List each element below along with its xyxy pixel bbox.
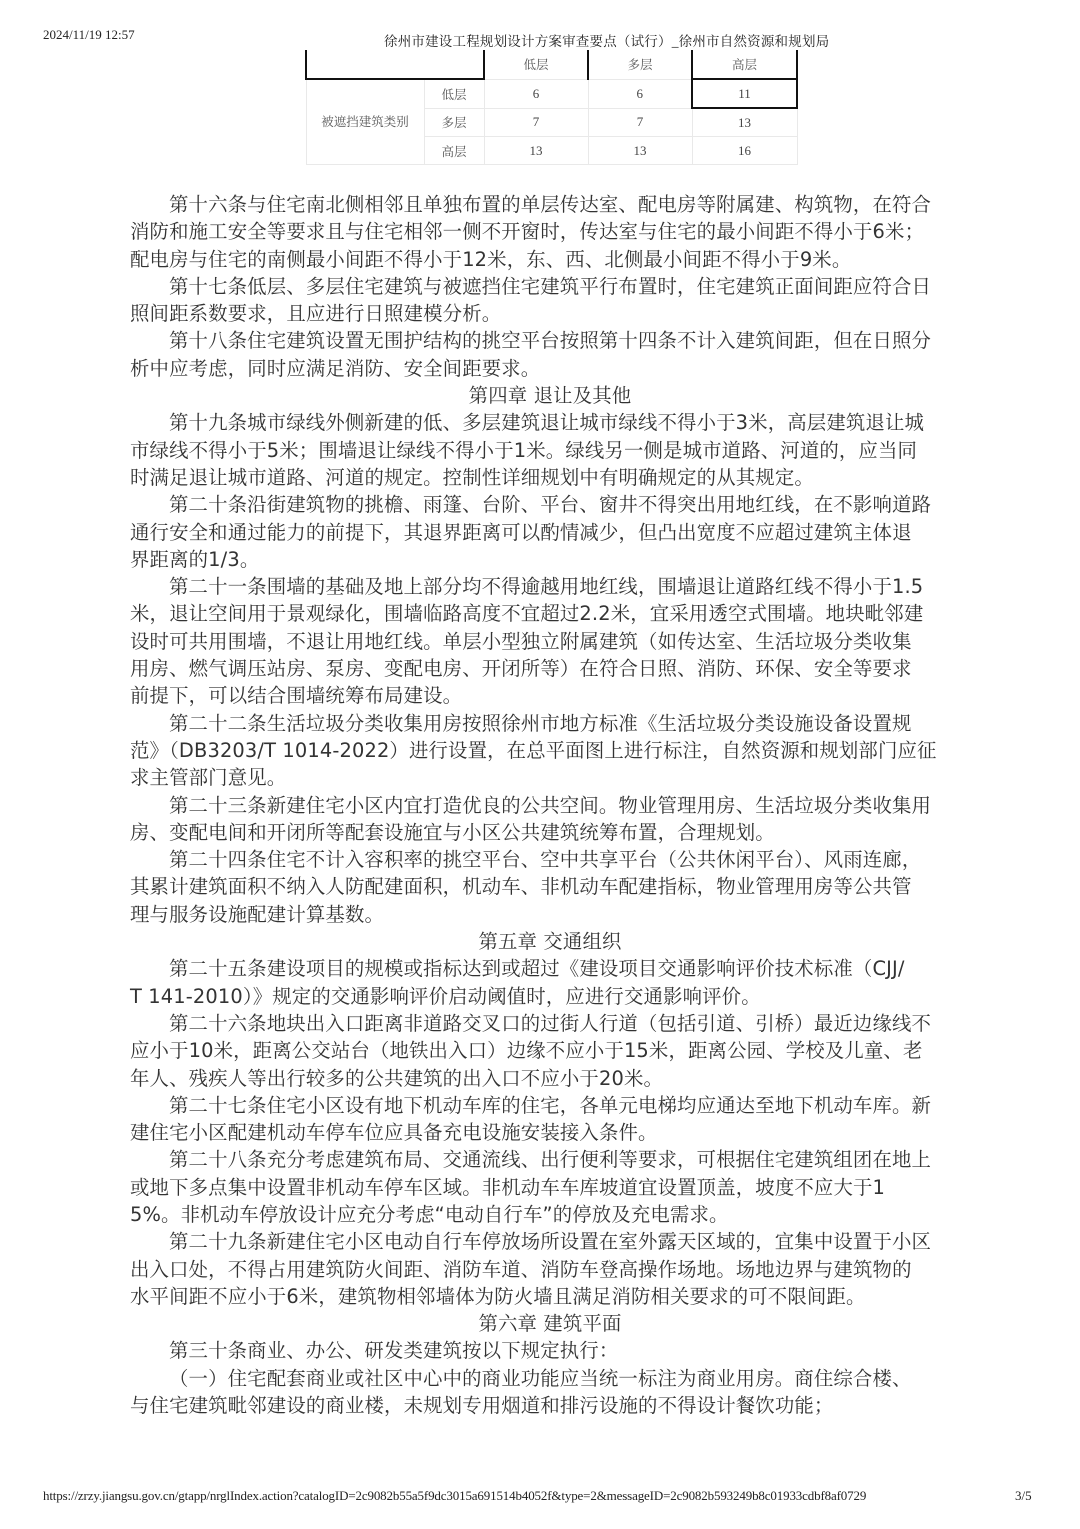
table-corner-cell xyxy=(306,50,484,79)
table-cell: 7 xyxy=(588,108,692,137)
table-row-label: 低层 xyxy=(424,79,484,108)
text-line: 建住宅小区配建机动车停车位应具备充电设施安装接入条件。 xyxy=(130,1119,970,1146)
text-line: 理与服务设施配建计算基数。 xyxy=(130,901,970,928)
text-line: 水平间距不应小于6米，建筑物相邻墙体为防火墙且满足消防相关要求的可不限间距。 xyxy=(130,1283,970,1310)
document-body: 第十六条与住宅南北侧相邻且单独布置的单层传达室、配电房等附属建、构筑物，在符合消… xyxy=(130,191,970,1419)
chapter-heading: 第四章 退让及其他 xyxy=(130,382,970,409)
text-line: 应小于10米，距离公交站台（地铁出入口）边缘不应小于15米，距离公园、学校及儿童… xyxy=(130,1037,970,1064)
text-line: 前提下，可以结合围墙统筹布局建设。 xyxy=(130,682,970,709)
table-header-row: 低层 多层 高层 xyxy=(306,50,797,79)
text-line: 米，退让空间用于景观绿化，围墙临路高度不宜超过2.2米，宜采用透空式围墙。地块毗… xyxy=(130,600,970,627)
sunlight-spacing-table-container: 低层 多层 高层 被遮挡建筑类别 低层 6 6 11 多层 7 7 13 高层 … xyxy=(305,50,796,165)
text-line: 析中应考虑，同时应满足消防、安全间距要求。 xyxy=(130,355,970,382)
text-line: 第二十六条地块出入口距离非道路交叉口的过街人行道（包括引道、引桥）最近边缘线不 xyxy=(130,1010,970,1037)
article-paragraph: 第二十五条建设项目的规模或指标达到或超过《建设项目交通影响评价技术标准（CJJ/… xyxy=(130,955,970,1010)
article-paragraph: 第十八条住宅建筑设置无围护结构的挑空平台按照第十四条不计入建筑间距，但在日照分析… xyxy=(130,327,970,382)
table-row-label: 多层 xyxy=(424,108,484,137)
text-line: 第十八条住宅建筑设置无围护结构的挑空平台按照第十四条不计入建筑间距，但在日照分 xyxy=(130,327,970,354)
text-line: 第二十七条住宅小区设有地下机动车库的住宅，各单元电梯均应通达至地下机动车库。新 xyxy=(130,1092,970,1119)
text-line: 市绿线不得小于5米；围墙退让绿线不得小于1米。绿线另一侧是城市道路、河道的，应当… xyxy=(130,437,970,464)
text-line: 其累计建筑面积不纳入人防配建面积，机动车、非机动车配建指标，物业管理用房等公共管 xyxy=(130,873,970,900)
text-line: （一）住宅配套商业或社区中心中的商业功能应当统一标注为商业用房。商住综合楼、 xyxy=(130,1365,970,1392)
print-header: 2024/11/19 12:57 徐州市建设工程规划设计方案审查要点（试行）_徐… xyxy=(0,27,1080,49)
page-title: 徐州市建设工程规划设计方案审查要点（试行）_徐州市自然资源和规划局 xyxy=(384,30,829,50)
article-paragraph: 第二十八条充分考虑建筑布局、交通流线、出行便利等要求，可根据住宅建筑组团在地上或… xyxy=(130,1146,970,1228)
table-cell: 16 xyxy=(692,137,797,165)
article-paragraph: 第二十九条新建住宅小区电动自行车停放场所设置在室外露天区域的，宜集中设置于小区出… xyxy=(130,1228,970,1310)
text-line: T 141-2010）》规定的交通影响评价启动阈值时，应进行交通影响评价。 xyxy=(130,983,970,1010)
article-paragraph: 第二十六条地块出入口距离非道路交叉口的过街人行道（包括引道、引桥）最近边缘线不应… xyxy=(130,1010,970,1092)
text-line: 第十七条低层、多层住宅建筑与被遮挡住宅建筑平行布置时，住宅建筑正面间距应符合日 xyxy=(130,273,970,300)
chapter-heading: 第六章 建筑平面 xyxy=(130,1310,970,1337)
text-line: 设时可共用围墙，不退让用地红线。单层小型独立附属建筑（如传达室、生活垃圾分类收集 xyxy=(130,628,970,655)
text-line: 第四章 退让及其他 xyxy=(130,382,970,409)
text-line: 房、变配电间和开闭所等配套设施宜与小区公共建筑统筹布置，合理规划。 xyxy=(130,819,970,846)
page-url[interactable]: https://zrzy.jiangsu.gov.cn/gtapp/nrglIn… xyxy=(43,1488,866,1504)
text-line: 范》（DB3203/T 1014-2022）进行设置，在总平面图上进行标注，自然… xyxy=(130,737,970,764)
table-cell: 7 xyxy=(484,108,588,137)
text-line: 第六章 建筑平面 xyxy=(130,1310,970,1337)
table-header-cell: 高层 xyxy=(692,50,797,79)
chapter-heading: 第五章 交通组织 xyxy=(130,928,970,955)
text-line: 时满足退让城市道路、河道的规定。控制性详细规划中有明确规定的从其规定。 xyxy=(130,464,970,491)
text-line: 第二十一条围墙的基础及地上部分均不得逾越用地红线，围墙退让道路红线不得小于1.5 xyxy=(130,573,970,600)
text-line: 照间距系数要求，且应进行日照建模分析。 xyxy=(130,300,970,327)
text-line: 界距离的1/3。 xyxy=(130,546,970,573)
text-line: 第十九条城市绿线外侧新建的低、多层建筑退让城市绿线不得小于3米，高层建筑退让城 xyxy=(130,409,970,436)
table-row-label: 高层 xyxy=(424,137,484,165)
text-line: 或地下多点集中设置非机动车停车区域。非机动车车库坡道宜设置顶盖，坡度不应大于1 xyxy=(130,1174,970,1201)
table-cell: 11 xyxy=(692,79,797,108)
text-line: 第十六条与住宅南北侧相邻且单独布置的单层传达室、配电房等附属建、构筑物，在符合 xyxy=(130,191,970,218)
table-cell: 13 xyxy=(692,108,797,137)
article-paragraph: 第十六条与住宅南北侧相邻且单独布置的单层传达室、配电房等附属建、构筑物，在符合消… xyxy=(130,191,970,273)
article-paragraph: 第十七条低层、多层住宅建筑与被遮挡住宅建筑平行布置时，住宅建筑正面间距应符合日照… xyxy=(130,273,970,328)
text-line: 第二十二条生活垃圾分类收集用房按照徐州市地方标准《生活垃圾分类设施设备设置规 xyxy=(130,710,970,737)
text-line: 用房、燃气调压站房、泵房、变配电房、开闭所等）在符合日照、消防、环保、安全等要求 xyxy=(130,655,970,682)
text-line: 第二十四条住宅不计入容积率的挑空平台、空中共享平台（公共休闲平台）、风雨连廊， xyxy=(130,846,970,873)
text-line: 第五章 交通组织 xyxy=(130,928,970,955)
article-paragraph: 第二十四条住宅不计入容积率的挑空平台、空中共享平台（公共休闲平台）、风雨连廊，其… xyxy=(130,846,970,928)
sub-clause: （一）住宅配套商业或社区中心中的商业功能应当统一标注为商业用房。商住综合楼、与住… xyxy=(130,1365,970,1420)
page-number: 3/5 xyxy=(1015,1488,1032,1504)
print-footer: https://zrzy.jiangsu.gov.cn/gtapp/nrglIn… xyxy=(0,1488,1080,1508)
article-paragraph: 第二十一条围墙的基础及地上部分均不得逾越用地红线，围墙退让道路红线不得小于1.5… xyxy=(130,573,970,709)
text-line: 消防和施工安全等要求且与住宅相邻一侧不开窗时，传达室与住宅的最小间距不得小于6米… xyxy=(130,218,970,245)
text-line: 第二十条沿街建筑物的挑檐、雨篷、台阶、平台、窗井不得突出用地红线，在不影响道路 xyxy=(130,491,970,518)
print-timestamp: 2024/11/19 12:57 xyxy=(43,27,135,43)
text-line: 第二十八条充分考虑建筑布局、交通流线、出行便利等要求，可根据住宅建筑组团在地上 xyxy=(130,1146,970,1173)
article-paragraph: 第二十三条新建住宅小区内宜打造优良的公共空间。物业管理用房、生活垃圾分类收集用房… xyxy=(130,792,970,847)
text-line: 第二十九条新建住宅小区电动自行车停放场所设置在室外露天区域的，宜集中设置于小区 xyxy=(130,1228,970,1255)
table-cell: 13 xyxy=(588,137,692,165)
article-paragraph: 第二十二条生活垃圾分类收集用房按照徐州市地方标准《生活垃圾分类设施设备设置规范》… xyxy=(130,710,970,792)
table-row-group-label: 被遮挡建筑类别 xyxy=(306,79,424,165)
table-header-cell: 低层 xyxy=(484,50,588,79)
text-line: 通行安全和通过能力的前提下，其退界距离可以酌情减少，但凸出宽度不应超过建筑主体退 xyxy=(130,519,970,546)
article-paragraph: 第三十条商业、办公、研发类建筑按以下规定执行： xyxy=(130,1337,970,1364)
article-paragraph: 第二十条沿街建筑物的挑檐、雨篷、台阶、平台、窗井不得突出用地红线，在不影响道路通… xyxy=(130,491,970,573)
text-line: 求主管部门意见。 xyxy=(130,764,970,791)
table-row: 被遮挡建筑类别 低层 6 6 11 xyxy=(306,79,797,108)
article-paragraph: 第十九条城市绿线外侧新建的低、多层建筑退让城市绿线不得小于3米，高层建筑退让城市… xyxy=(130,409,970,491)
table-cell: 6 xyxy=(484,79,588,108)
text-line: 第三十条商业、办公、研发类建筑按以下规定执行： xyxy=(130,1337,970,1364)
article-paragraph: 第二十七条住宅小区设有地下机动车库的住宅，各单元电梯均应通达至地下机动车库。新建… xyxy=(130,1092,970,1147)
text-line: 5%。非机动车停放设计应充分考虑“电动自行车”的停放及充电需求。 xyxy=(130,1201,970,1228)
table-cell: 13 xyxy=(484,137,588,165)
text-line: 年人、残疾人等出行较多的公共建筑的出入口不应小于20米。 xyxy=(130,1065,970,1092)
text-line: 与住宅建筑毗邻建设的商业楼，未规划专用烟道和排污设施的不得设计餐饮功能； xyxy=(130,1392,970,1419)
text-line: 出入口处，不得占用建筑防火间距、消防车道、消防车登高操作场地。场地边界与建筑物的 xyxy=(130,1256,970,1283)
table-header-cell: 多层 xyxy=(588,50,692,79)
sunlight-spacing-table: 低层 多层 高层 被遮挡建筑类别 低层 6 6 11 多层 7 7 13 高层 … xyxy=(305,50,798,165)
text-line: 第二十三条新建住宅小区内宜打造优良的公共空间。物业管理用房、生活垃圾分类收集用 xyxy=(130,792,970,819)
table-cell: 6 xyxy=(588,79,692,108)
text-line: 配电房与住宅的南侧最小间距不得小于12米，东、西、北侧最小间距不得小于9米。 xyxy=(130,246,970,273)
text-line: 第二十五条建设项目的规模或指标达到或超过《建设项目交通影响评价技术标准（CJJ/ xyxy=(130,955,970,982)
